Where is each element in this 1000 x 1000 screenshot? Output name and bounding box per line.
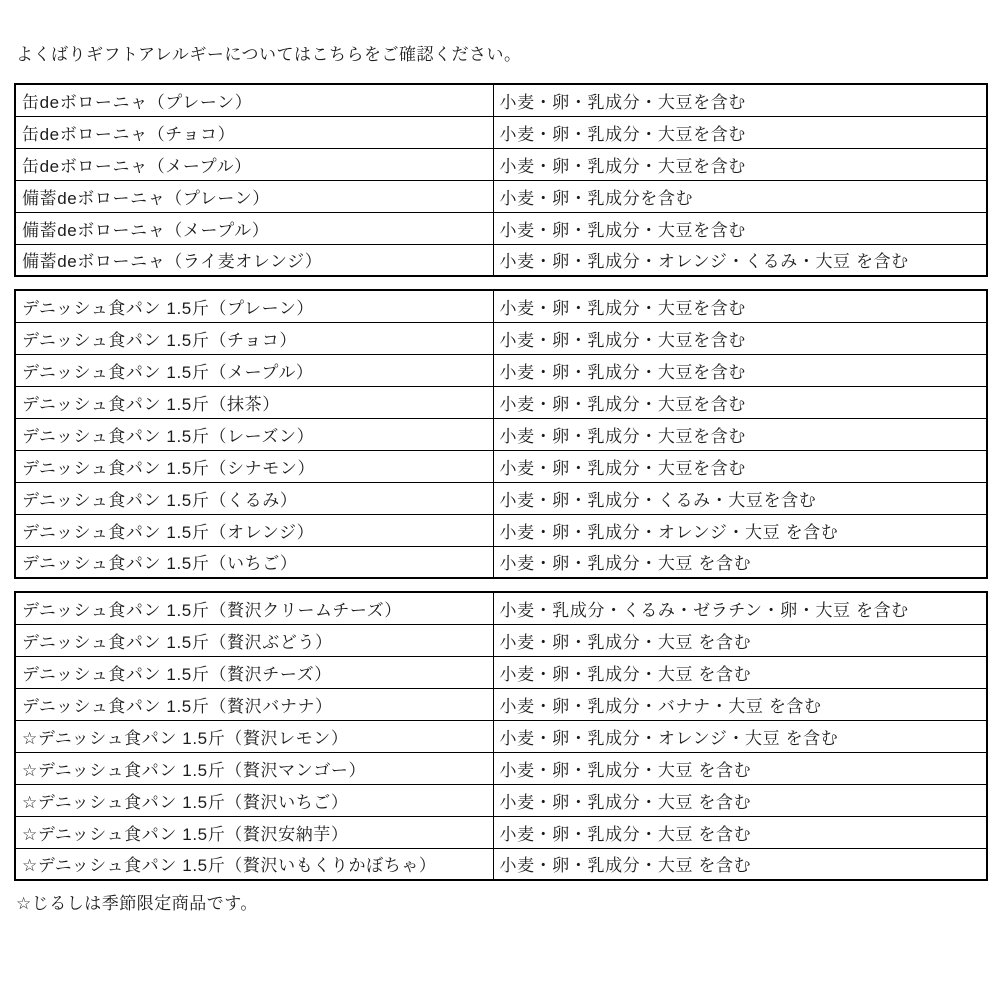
product-name-cell: デニッシュ食パン 1.5斤（レーズン） bbox=[15, 418, 493, 450]
table-row: ☆デニッシュ食パン 1.5斤（贅沢レモン）小麦・卵・乳成分・オレンジ・大豆 を含… bbox=[15, 720, 987, 752]
footer-note: ☆じるしは季節限定商品です。 bbox=[16, 893, 986, 915]
table-row: デニッシュ食パン 1.5斤（贅沢クリームチーズ）小麦・乳成分・くるみ・ゼラチン・… bbox=[15, 592, 987, 624]
table-row: 缶deボローニャ（メープル）小麦・卵・乳成分・大豆を含む bbox=[15, 148, 987, 180]
allergen-list-cell: 小麦・卵・乳成分・大豆を含む bbox=[493, 450, 987, 482]
table-row: ☆デニッシュ食パン 1.5斤（贅沢安納芋）小麦・卵・乳成分・大豆 を含む bbox=[15, 816, 987, 848]
allergen-list-cell: 小麦・卵・乳成分・大豆を含む bbox=[493, 290, 987, 322]
product-name-cell: デニッシュ食パン 1.5斤（くるみ） bbox=[15, 482, 493, 514]
header-note: よくばりギフトアレルギーについてはこちらをご確認ください。 bbox=[16, 44, 986, 66]
allergen-list-cell: 小麦・卵・乳成分・大豆 を含む bbox=[493, 656, 987, 688]
bologna-series-table: 缶deボローニャ（プレーン）小麦・卵・乳成分・大豆を含む缶deボローニャ（チョコ… bbox=[14, 83, 988, 277]
product-name-cell: ☆デニッシュ食パン 1.5斤（贅沢いもくりかぼちゃ） bbox=[15, 848, 493, 880]
product-name-cell: デニッシュ食パン 1.5斤（メープル） bbox=[15, 354, 493, 386]
allergen-list-cell: 小麦・卵・乳成分・大豆を含む bbox=[493, 148, 987, 180]
allergen-list-cell: 小麦・卵・乳成分・大豆 を含む bbox=[493, 784, 987, 816]
table-row: デニッシュ食パン 1.5斤（くるみ）小麦・卵・乳成分・くるみ・大豆を含む bbox=[15, 482, 987, 514]
allergen-list-cell: 小麦・卵・乳成分・大豆を含む bbox=[493, 212, 987, 244]
allergen-list-cell: 小麦・卵・乳成分・大豆を含む bbox=[493, 322, 987, 354]
allergen-list-cell: 小麦・卵・乳成分・大豆 を含む bbox=[493, 624, 987, 656]
product-name-cell: 缶deボローニャ（メープル） bbox=[15, 148, 493, 180]
table-row: デニッシュ食パン 1.5斤（贅沢チーズ）小麦・卵・乳成分・大豆 を含む bbox=[15, 656, 987, 688]
product-name-cell: ☆デニッシュ食パン 1.5斤（贅沢レモン） bbox=[15, 720, 493, 752]
table-row: 備蓄deボローニャ（プレーン）小麦・卵・乳成分を含む bbox=[15, 180, 987, 212]
allergen-list-cell: 小麦・卵・乳成分・大豆を含む bbox=[493, 84, 987, 116]
product-name-cell: ☆デニッシュ食パン 1.5斤（贅沢マンゴー） bbox=[15, 752, 493, 784]
table-row: デニッシュ食パン 1.5斤（レーズン）小麦・卵・乳成分・大豆を含む bbox=[15, 418, 987, 450]
allergen-list-cell: 小麦・卵・乳成分・くるみ・大豆を含む bbox=[493, 482, 987, 514]
table-row: 缶deボローニャ（チョコ）小麦・卵・乳成分・大豆を含む bbox=[15, 116, 987, 148]
product-name-cell: デニッシュ食パン 1.5斤（贅沢ぶどう） bbox=[15, 624, 493, 656]
table-row: デニッシュ食パン 1.5斤（シナモン）小麦・卵・乳成分・大豆を含む bbox=[15, 450, 987, 482]
allergen-list-cell: 小麦・卵・乳成分・大豆を含む bbox=[493, 418, 987, 450]
product-name-cell: ☆デニッシュ食パン 1.5斤（贅沢いちご） bbox=[15, 784, 493, 816]
allergen-list-cell: 小麦・卵・乳成分・オレンジ・大豆 を含む bbox=[493, 720, 987, 752]
product-name-cell: デニッシュ食パン 1.5斤（オレンジ） bbox=[15, 514, 493, 546]
product-name-cell: デニッシュ食パン 1.5斤（贅沢チーズ） bbox=[15, 656, 493, 688]
product-name-cell: 備蓄deボローニャ（メープル） bbox=[15, 212, 493, 244]
allergy-info-page: よくばりギフトアレルギーについてはこちらをご確認ください。 缶deボローニャ（プ… bbox=[0, 0, 1000, 1000]
allergy-tables-container: 缶deボローニャ（プレーン）小麦・卵・乳成分・大豆を含む缶deボローニャ（チョコ… bbox=[14, 83, 986, 881]
table-row: デニッシュ食パン 1.5斤（贅沢ぶどう）小麦・卵・乳成分・大豆 を含む bbox=[15, 624, 987, 656]
product-name-cell: デニッシュ食パン 1.5斤（抹茶） bbox=[15, 386, 493, 418]
allergen-list-cell: 小麦・卵・乳成分を含む bbox=[493, 180, 987, 212]
table-row: 缶deボローニャ（プレーン）小麦・卵・乳成分・大豆を含む bbox=[15, 84, 987, 116]
table-row: 備蓄deボローニャ（ライ麦オレンジ）小麦・卵・乳成分・オレンジ・くるみ・大豆 を… bbox=[15, 244, 987, 276]
table-row: ☆デニッシュ食パン 1.5斤（贅沢いもくりかぼちゃ）小麦・卵・乳成分・大豆 を含… bbox=[15, 848, 987, 880]
table-row: ☆デニッシュ食パン 1.5斤（贅沢マンゴー）小麦・卵・乳成分・大豆 を含む bbox=[15, 752, 987, 784]
table-row: デニッシュ食パン 1.5斤（抹茶）小麦・卵・乳成分・大豆を含む bbox=[15, 386, 987, 418]
allergen-list-cell: 小麦・卵・乳成分・大豆を含む bbox=[493, 386, 987, 418]
allergen-list-cell: 小麦・卵・乳成分・大豆 を含む bbox=[493, 546, 987, 578]
product-name-cell: デニッシュ食パン 1.5斤（贅沢クリームチーズ） bbox=[15, 592, 493, 624]
product-name-cell: デニッシュ食パン 1.5斤（プレーン） bbox=[15, 290, 493, 322]
product-name-cell: デニッシュ食パン 1.5斤（シナモン） bbox=[15, 450, 493, 482]
danish-bread-premium-series-table: デニッシュ食パン 1.5斤（贅沢クリームチーズ）小麦・乳成分・くるみ・ゼラチン・… bbox=[14, 591, 988, 881]
table-row: デニッシュ食パン 1.5斤（オレンジ）小麦・卵・乳成分・オレンジ・大豆 を含む bbox=[15, 514, 987, 546]
allergen-list-cell: 小麦・卵・乳成分・大豆を含む bbox=[493, 116, 987, 148]
allergen-list-cell: 小麦・卵・乳成分・大豆 を含む bbox=[493, 848, 987, 880]
product-name-cell: ☆デニッシュ食パン 1.5斤（贅沢安納芋） bbox=[15, 816, 493, 848]
allergen-list-cell: 小麦・卵・乳成分・オレンジ・くるみ・大豆 を含む bbox=[493, 244, 987, 276]
table-row: デニッシュ食パン 1.5斤（贅沢バナナ）小麦・卵・乳成分・バナナ・大豆 を含む bbox=[15, 688, 987, 720]
product-name-cell: 備蓄deボローニャ（ライ麦オレンジ） bbox=[15, 244, 493, 276]
product-name-cell: 備蓄deボローニャ（プレーン） bbox=[15, 180, 493, 212]
allergen-list-cell: 小麦・乳成分・くるみ・ゼラチン・卵・大豆 を含む bbox=[493, 592, 987, 624]
product-name-cell: デニッシュ食パン 1.5斤（チョコ） bbox=[15, 322, 493, 354]
danish-bread-series-table: デニッシュ食パン 1.5斤（プレーン）小麦・卵・乳成分・大豆を含むデニッシュ食パ… bbox=[14, 289, 988, 579]
table-row: 備蓄deボローニャ（メープル）小麦・卵・乳成分・大豆を含む bbox=[15, 212, 987, 244]
product-name-cell: デニッシュ食パン 1.5斤（贅沢バナナ） bbox=[15, 688, 493, 720]
table-row: デニッシュ食パン 1.5斤（メープル）小麦・卵・乳成分・大豆を含む bbox=[15, 354, 987, 386]
allergen-list-cell: 小麦・卵・乳成分・オレンジ・大豆 を含む bbox=[493, 514, 987, 546]
allergen-list-cell: 小麦・卵・乳成分・大豆 を含む bbox=[493, 752, 987, 784]
allergen-list-cell: 小麦・卵・乳成分・大豆を含む bbox=[493, 354, 987, 386]
table-row: ☆デニッシュ食パン 1.5斤（贅沢いちご）小麦・卵・乳成分・大豆 を含む bbox=[15, 784, 987, 816]
allergen-list-cell: 小麦・卵・乳成分・バナナ・大豆 を含む bbox=[493, 688, 987, 720]
table-row: デニッシュ食パン 1.5斤（プレーン）小麦・卵・乳成分・大豆を含む bbox=[15, 290, 987, 322]
product-name-cell: デニッシュ食パン 1.5斤（いちご） bbox=[15, 546, 493, 578]
table-row: デニッシュ食パン 1.5斤（いちご）小麦・卵・乳成分・大豆 を含む bbox=[15, 546, 987, 578]
allergen-list-cell: 小麦・卵・乳成分・大豆 を含む bbox=[493, 816, 987, 848]
product-name-cell: 缶deボローニャ（プレーン） bbox=[15, 84, 493, 116]
product-name-cell: 缶deボローニャ（チョコ） bbox=[15, 116, 493, 148]
table-row: デニッシュ食パン 1.5斤（チョコ）小麦・卵・乳成分・大豆を含む bbox=[15, 322, 987, 354]
